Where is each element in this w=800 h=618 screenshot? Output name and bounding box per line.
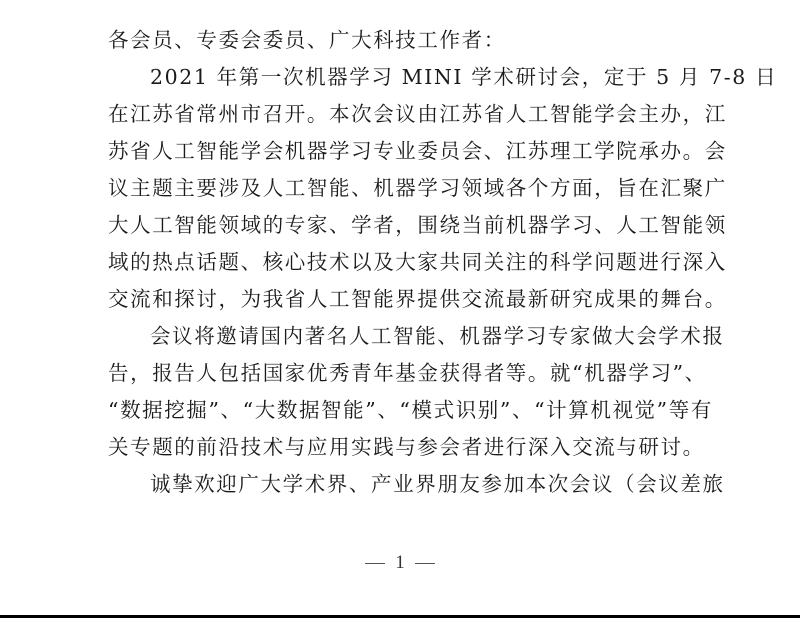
paragraph-1-line-4: 议主题主要涉及人工智能、机器学习领域各个方面，旨在汇聚广: [108, 174, 700, 202]
dash-right: [415, 563, 435, 565]
dash-left: [365, 563, 385, 565]
paragraph-2-line-1: 会议将邀请国内著名人工智能、机器学习专家做大会学术报: [150, 322, 700, 350]
page-number: 1: [395, 552, 405, 573]
paragraph-1-line-5: 大人工智能领域的专家、学者，围绕当前机器学习、人工智能领: [108, 211, 700, 239]
paragraph-2-line-2: 告，报告人包括国家优秀青年基金获得者等。就“机器学习”、: [108, 359, 700, 387]
paragraph-1-line-3: 苏省人工智能学会机器学习专业委员会、江苏理工学院承办。会: [108, 137, 700, 165]
paragraph-1-line-2: 在江苏省常州市召开。本次会议由江苏省人工智能学会主办，江: [108, 100, 700, 128]
paragraph-3-line-1: 诚挚欢迎广大学术界、产业界朋友参加本次会议（会议差旅: [150, 470, 700, 498]
document-page: 各会员、专委会委员、广大科技工作者： 2021 年第一次机器学习 MINI 学术…: [0, 0, 800, 618]
paragraph-1-line-6: 域的热点话题、核心技术以及大家共同关注的科学问题进行深入: [108, 248, 700, 276]
paragraph-2-line-3: “数据挖掘”、“大数据智能”、“模式识别”、“计算机视觉”等有: [108, 396, 700, 424]
page-footer: 1: [0, 552, 800, 574]
paragraph-1-line-7: 交流和探讨，为我省人工智能界提供交流最新研究成果的舞台。: [108, 285, 700, 313]
salutation-line: 各会员、专委会委员、广大科技工作者：: [108, 26, 700, 54]
paragraph-1-line-1: 2021 年第一次机器学习 MINI 学术研讨会，定于 5 月 7-8 日: [150, 63, 700, 91]
paragraph-2-line-4: 关专题的前沿技术与应用实践与参会者进行深入交流与研讨。: [108, 433, 700, 461]
